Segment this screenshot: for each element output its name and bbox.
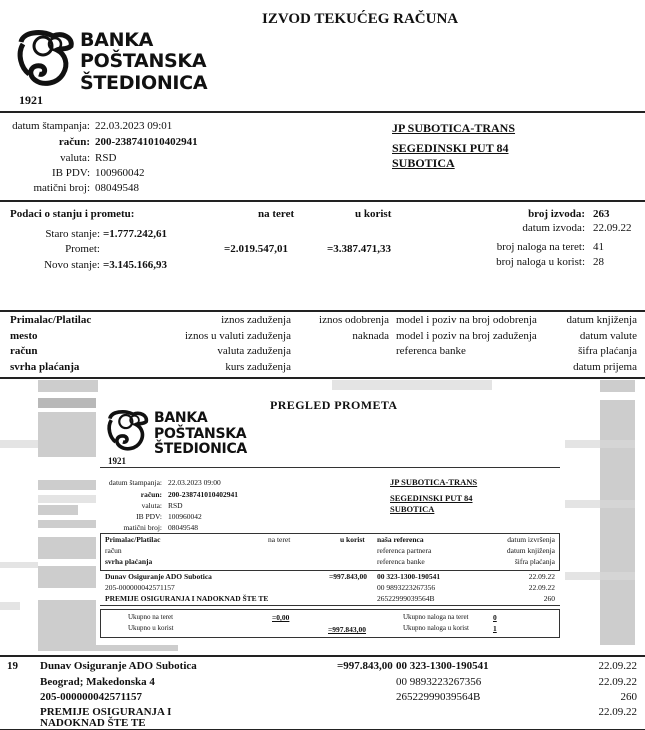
new-balance-value: =3.145.166,93 [103, 259, 167, 271]
value-date: 22.09.22 [599, 676, 638, 688]
credit-orders-value: 28 [593, 256, 604, 268]
bank-name-line2: POŠTANSKA [80, 51, 207, 72]
our-reference: 00 323-1300-190541 [377, 572, 440, 581]
partner-reference: 00 9893223267356 [377, 583, 435, 592]
overview-table-header [100, 533, 560, 571]
credit-column-label: u korist [355, 208, 391, 220]
document-title: IZVOD TEKUĆEG RAČUNA [262, 11, 458, 28]
recipient-city: SUBOTICA [390, 504, 434, 514]
col-header: model i poziv na broj odobrenja [396, 314, 537, 326]
recipient-name: JP SUBOTICA-TRANS [392, 121, 515, 136]
vat-id-value: 100960042 [95, 167, 145, 179]
debit-orders-value: 41 [593, 241, 604, 253]
payer-address: Beograd; Makedonska 4 [40, 676, 155, 688]
field-label: račun: [141, 490, 162, 499]
col-header: račun [10, 345, 38, 357]
divider [0, 377, 645, 379]
divider [0, 200, 645, 202]
col-header: naknada [352, 330, 389, 342]
bank-name-line3: ŠTEDIONICA [154, 442, 247, 458]
receipt-date: 22.09.22 [599, 706, 638, 718]
total-debit-value: =0,00 [272, 613, 289, 622]
field-label: valuta: [142, 501, 162, 510]
payment-code: 260 [544, 594, 555, 603]
total-debit-orders-label: Ukupno naloga na teret [403, 613, 469, 621]
divider [100, 467, 560, 468]
statement-date-label: datum izvoda: [522, 222, 585, 234]
credit-reference: 00 323-1300-190541 [396, 660, 489, 672]
field-label: račun: [59, 136, 90, 148]
debit-column-label: na teret [258, 208, 294, 220]
col-header: datum izvršenja [507, 535, 555, 544]
old-balance-value: =1.777.242,61 [103, 228, 167, 240]
col-header: datum valute [580, 330, 637, 342]
bank-monogram-logo-icon [104, 408, 152, 454]
account-number-value: 200-238741010402941 [95, 136, 198, 148]
recipient-street: SEGEDINSKI PUT 84 [390, 493, 473, 503]
registration-number-value: 08049548 [95, 182, 139, 194]
statement-date-value: 22.09.22 [593, 222, 632, 234]
print-date-value: 22.03.2023 09:01 [95, 120, 172, 132]
col-header: naša referenca [377, 535, 424, 544]
col-header: Primalac/Platilac [105, 535, 160, 544]
col-header: iznos zaduženja [221, 314, 291, 326]
payer-account: 205-000000042571157 [105, 583, 175, 592]
total-credit-label: Ukupno u korist [128, 624, 174, 632]
turnover-debit-value: =2.019.547,01 [224, 243, 288, 255]
turnover-label: Promet: [65, 243, 100, 255]
account-number-value: 200-238741010402941 [168, 490, 238, 499]
credit-orders-label: broj naloga u korist: [496, 256, 585, 268]
total-debit-orders-value: 0 [493, 613, 497, 622]
total-credit-value: =997.843,00 [328, 625, 366, 634]
col-header: datum knjiženja [507, 546, 555, 555]
bank-founding-year: 1921 [19, 93, 43, 108]
col-header: kurs zaduženja [225, 361, 291, 373]
turnover-credit-value: =3.387.471,33 [327, 243, 391, 255]
payment-code: 260 [621, 691, 638, 703]
statement-number-value: 263 [593, 208, 610, 220]
col-header: račun [105, 546, 122, 555]
credit-amount: =997.843,00 [329, 572, 367, 581]
bank-name: BANKA POŠTANSKA ŠTEDIONICA [154, 411, 247, 458]
recipient-name: JP SUBOTICA-TRANS [390, 477, 477, 487]
bank-reference: 26522999039564B [396, 691, 480, 703]
col-header: šifra plaćanja [515, 557, 555, 566]
total-credit-orders-label: Ukupno naloga u korist [403, 624, 469, 632]
bank-name-line1: BANKA [154, 411, 247, 427]
col-header: referenca partnera [377, 546, 431, 555]
payer-name: Dunav Osiguranje ADO Subotica [40, 660, 197, 672]
col-header: šifra plaćanja [578, 345, 637, 357]
registration-number-value: 08049548 [168, 523, 198, 532]
field-label: IB PDV: [52, 167, 90, 179]
debit-reference: 00 9893223267356 [396, 676, 481, 688]
transaction-number: 19 [7, 660, 18, 672]
col-header: model i poziv na broj zaduženja [396, 330, 537, 342]
overview-title: PREGLED PROMETA [270, 398, 397, 413]
execution-date: 22.09.22 [529, 572, 555, 581]
col-header: svrha plaćanja [10, 361, 79, 373]
statement-number-label: broj izvoda: [528, 208, 585, 220]
bank-name-line2: POŠTANSKA [154, 427, 247, 443]
bank-reference: 26522999039564B [377, 594, 435, 603]
divider [100, 605, 560, 606]
col-header: referenca banke [377, 557, 425, 566]
recipient-street: SEGEDINSKI PUT 84 [392, 141, 508, 156]
debit-orders-label: broj naloga na teret: [497, 241, 585, 253]
col-header: valuta zaduženja [217, 345, 291, 357]
vat-id-value: 100960042 [168, 512, 202, 521]
divider [0, 310, 645, 312]
field-label: datum štampanja: [109, 478, 162, 487]
payment-purpose: PREMIJE OSIGURANJA I NADOKNAD ŠTE TE [105, 594, 268, 603]
col-header: na teret [268, 535, 290, 544]
field-label: datum štampanja: [12, 120, 90, 132]
bank-name-line1: BANKA [80, 30, 207, 51]
field-label: valuta: [60, 152, 90, 164]
col-header: datum prijema [573, 361, 637, 373]
total-debit-label: Ukupno na teret [128, 613, 173, 621]
currency-value: RSD [95, 152, 116, 164]
col-header: iznos u valuti zaduženja [185, 330, 291, 342]
credit-amount: =997.843,00 [337, 660, 393, 672]
booking-date: 22.09.22 [599, 660, 638, 672]
col-header: datum knjiženja [566, 314, 637, 326]
payment-purpose-line2: NADOKNAD ŠTE TE [40, 717, 146, 729]
payer-name: Dunav Osiguranje ADO Subotica [105, 572, 212, 581]
divider [0, 655, 645, 657]
recipient-city: SUBOTICA [392, 156, 455, 171]
col-header: Primalac/Platilac [10, 314, 91, 326]
col-header: iznos odobrenja [319, 314, 389, 326]
new-balance-label: Novo stanje: [44, 259, 100, 271]
payer-account: 205-000000042571157 [40, 691, 142, 703]
total-credit-orders-value: 1 [493, 624, 497, 633]
divider [0, 111, 645, 113]
summary-heading: Podaci o stanju i prometu: [10, 208, 134, 220]
col-header: mesto [10, 330, 38, 342]
old-balance-label: Staro stanje: [45, 228, 100, 240]
col-header: referenca banke [396, 345, 466, 357]
col-header: u korist [340, 535, 365, 544]
bank-name-line3: ŠTEDIONICA [80, 73, 207, 94]
bank-monogram-logo-icon [13, 28, 79, 90]
field-label: matični broj: [33, 182, 90, 194]
field-label: IB PDV: [136, 512, 162, 521]
currency-value: RSD [168, 501, 183, 510]
col-header: svrha plaćanja [105, 557, 152, 566]
print-date-value: 22.03.2023 09:00 [168, 478, 221, 487]
bank-name: BANKA POŠTANSKA ŠTEDIONICA [80, 30, 207, 94]
bank-founding-year: 1921 [108, 456, 126, 466]
field-label: matični broj: [123, 523, 162, 532]
booking-date: 22.09.22 [529, 583, 555, 592]
